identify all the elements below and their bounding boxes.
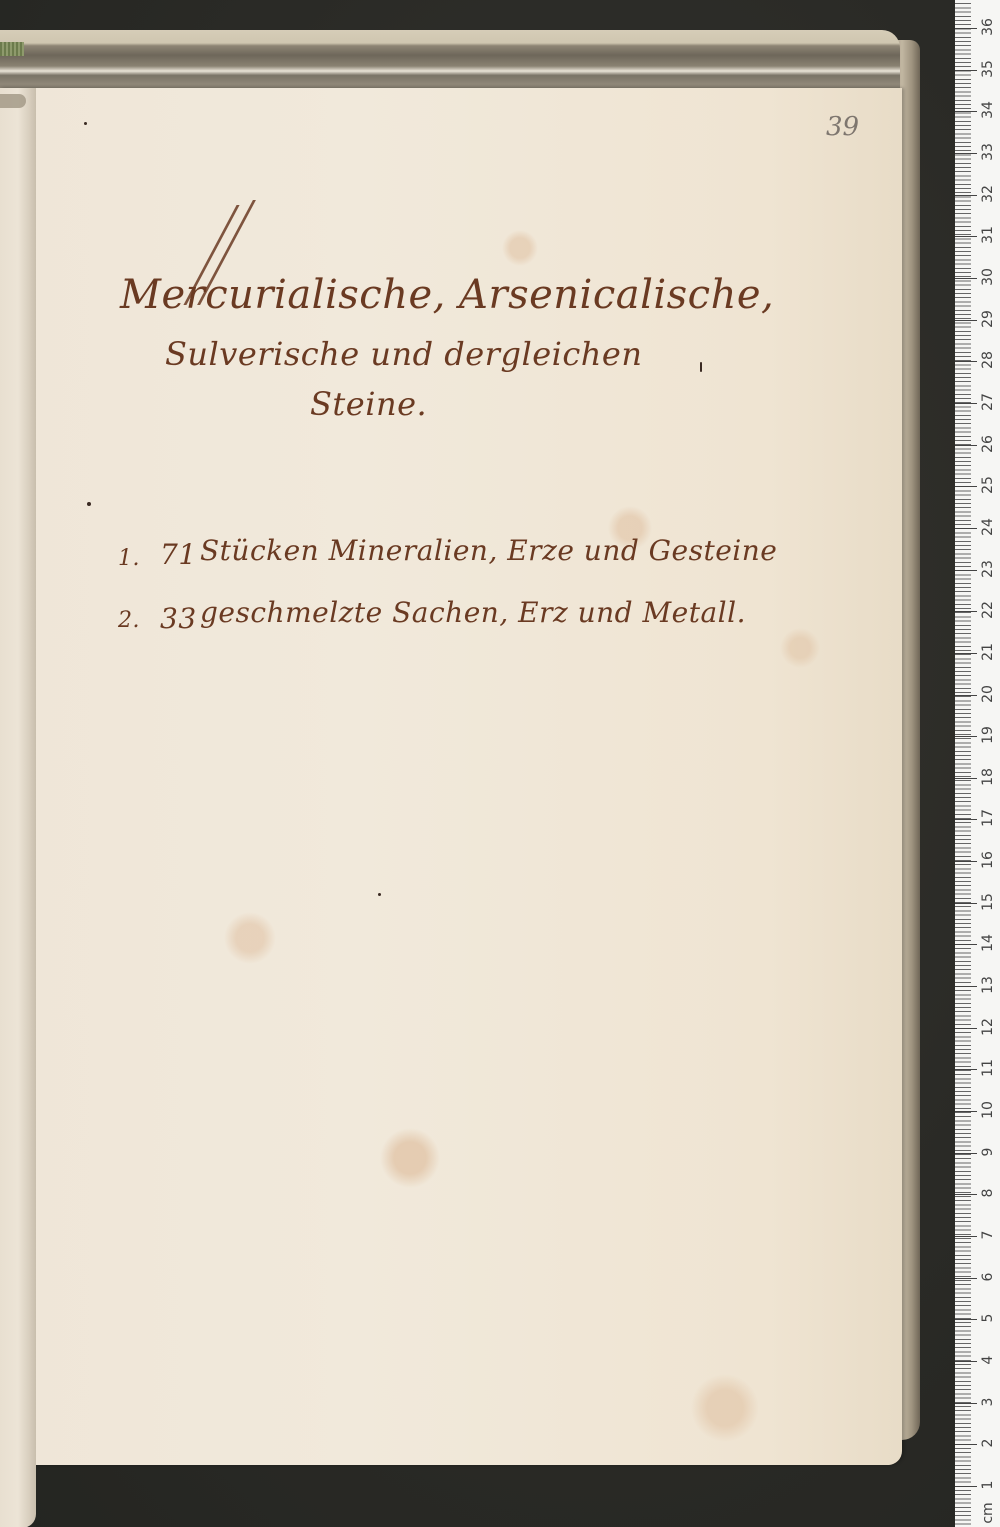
ruler-label: 35 xyxy=(980,58,996,80)
title-line-3: Steine. xyxy=(310,385,427,423)
ruler-label: 14 xyxy=(980,932,996,954)
ruler-label: 18 xyxy=(980,766,996,788)
ruler-major-tick xyxy=(955,611,977,612)
ruler-major-tick xyxy=(955,1278,977,1279)
ruler-major-tick xyxy=(955,1319,977,1320)
entry-2-text: geschmelzte Sachen, Erz und Metall. xyxy=(200,596,746,629)
ruler-label: 29 xyxy=(980,308,996,330)
ink-speck xyxy=(378,893,381,896)
ruler-label: 19 xyxy=(980,724,996,746)
ruler-major-tick xyxy=(955,111,977,112)
entry-1-index: 1. xyxy=(118,546,140,571)
ruler-label: 13 xyxy=(980,974,996,996)
ruler-label: 34 xyxy=(980,99,996,121)
ruler-major-tick xyxy=(955,486,977,487)
ruler-major-tick xyxy=(955,695,977,696)
ruler-label: 31 xyxy=(980,224,996,246)
ruler-major-tick xyxy=(955,1194,977,1195)
title-line-2: Sulverische und dergleichen xyxy=(165,335,642,373)
entry-1-count: 71 xyxy=(160,538,197,571)
ink-speck xyxy=(87,502,91,506)
ruler-label: 24 xyxy=(980,516,996,538)
ruler-major-tick xyxy=(955,861,977,862)
ruler-major-tick xyxy=(955,1153,977,1154)
ruler-major-tick xyxy=(955,528,977,529)
ruler-label: 25 xyxy=(980,474,996,496)
folio-number: 39 xyxy=(826,112,859,142)
ruler-major-tick xyxy=(955,736,977,737)
ruler-major-tick xyxy=(955,1444,977,1445)
book-gutter-fold xyxy=(0,88,36,1527)
entry-1-text: Stücken Mineralien, Erze und Gesteine xyxy=(200,534,777,567)
ruler-major-tick xyxy=(955,1403,977,1404)
ink-speck xyxy=(700,362,702,372)
ruler-label: 23 xyxy=(980,558,996,580)
ruler-label: 3 xyxy=(980,1391,996,1413)
ruler-major-tick xyxy=(955,819,977,820)
ruler-label: 5 xyxy=(980,1307,996,1329)
title-line-1: Mercurialische, Arsenicalische, xyxy=(120,272,774,318)
ruler-label: 26 xyxy=(980,433,996,455)
ink-speck xyxy=(84,122,87,125)
ruler-unit-label: cm xyxy=(980,1502,996,1524)
ruler-ticks xyxy=(955,0,971,1527)
ruler-label: 8 xyxy=(980,1182,996,1204)
ruler-label: 33 xyxy=(980,141,996,163)
ruler-major-tick xyxy=(955,403,977,404)
ruler-label: 27 xyxy=(980,391,996,413)
ruler-label: 12 xyxy=(980,1016,996,1038)
ruler-major-tick xyxy=(955,195,977,196)
ruler-major-tick xyxy=(955,1236,977,1237)
ruler-label: 11 xyxy=(980,1057,996,1079)
gutter-curl xyxy=(0,94,26,108)
ruler-major-tick xyxy=(955,1028,977,1029)
ruler-label: 17 xyxy=(980,807,996,829)
ruler-label: 9 xyxy=(980,1141,996,1163)
ruler-major-tick xyxy=(955,28,977,29)
ruler-major-tick xyxy=(955,153,977,154)
ruler-major-tick xyxy=(955,445,977,446)
ruler-major-tick xyxy=(955,653,977,654)
ruler-major-tick xyxy=(955,361,977,362)
ruler-major-tick xyxy=(955,70,977,71)
ruler-label: 6 xyxy=(980,1266,996,1288)
ruler-major-tick xyxy=(955,320,977,321)
ruler-major-tick xyxy=(955,986,977,987)
ruler-label: 22 xyxy=(980,599,996,621)
ruler-label: 20 xyxy=(980,683,996,705)
ruler-label: 36 xyxy=(980,16,996,38)
ruler-major-tick xyxy=(955,278,977,279)
ruler-label: 16 xyxy=(980,849,996,871)
ruler-label: 7 xyxy=(980,1224,996,1246)
measurement-ruler: 1234567891011121314151617181920212223242… xyxy=(955,0,1000,1527)
ruler-label: 10 xyxy=(980,1099,996,1121)
ruler-major-tick xyxy=(955,778,977,779)
ruler-major-tick xyxy=(955,1069,977,1070)
ruler-label: 15 xyxy=(980,891,996,913)
entry-2-count: 33 xyxy=(160,602,197,635)
ruler-major-tick xyxy=(955,944,977,945)
ruler-major-tick xyxy=(955,903,977,904)
ruler-major-tick xyxy=(955,1361,977,1362)
ruler-major-tick xyxy=(955,1111,977,1112)
ruler-label: 2 xyxy=(980,1432,996,1454)
ruler-label: 28 xyxy=(980,349,996,371)
ruler-label: 30 xyxy=(980,266,996,288)
ruler-major-tick xyxy=(955,236,977,237)
entry-2-index: 2. xyxy=(118,608,140,633)
ruler-major-tick xyxy=(955,570,977,571)
ruler-label: 21 xyxy=(980,641,996,663)
ruler-label: 4 xyxy=(980,1349,996,1371)
ruler-major-tick xyxy=(955,1486,977,1487)
ruler-label: 32 xyxy=(980,183,996,205)
ruler-label: 1 xyxy=(980,1474,996,1496)
